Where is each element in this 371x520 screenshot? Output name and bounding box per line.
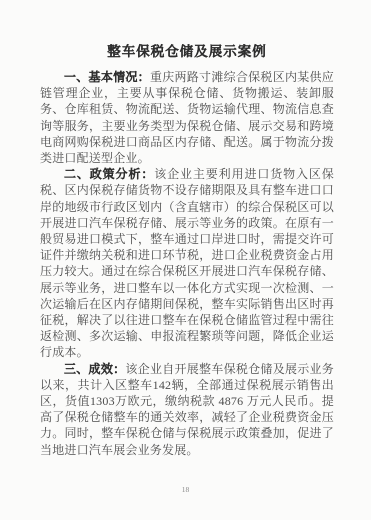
paragraph-label: 三、成效：	[64, 362, 125, 376]
paragraph-results: 三、成效：该企业自开展整车保税仓储及展示业务以来，共计入区整车142辆，全部通过…	[40, 361, 334, 458]
document-page: 整车保税仓储及展示案例 一、基本情况：重庆两路寸滩综合保税区内某供应链管理企业，…	[0, 0, 371, 520]
paragraph-text: 该企业主要利用进口货物入区保税、区内保税存储货物不设存储期限及具有整车进口口岸的…	[40, 167, 334, 359]
page-content: 整车保税仓储及展示案例 一、基本情况：重庆两路寸滩综合保税区内某供应链管理企业，…	[0, 0, 371, 458]
paragraph-policy-analysis: 二、政策分析：该企业主要利用进口货物入区保税、区内保税存储货物不设存储期限及具有…	[40, 166, 334, 360]
page-number: 18	[0, 485, 371, 494]
paragraph-label: 一、基本情况：	[64, 70, 150, 84]
page-title: 整车保税仓储及展示案例	[40, 40, 334, 60]
paragraph-text: 重庆两路寸滩综合保税区内某供应链管理企业，主要从事保税仓储、货物搬运、装卸服务、…	[40, 70, 334, 165]
paragraph-basic-info: 一、基本情况：重庆两路寸滩综合保税区内某供应链管理企业，主要从事保税仓储、货物搬…	[40, 69, 334, 166]
paragraph-label: 二、政策分析：	[64, 167, 154, 181]
